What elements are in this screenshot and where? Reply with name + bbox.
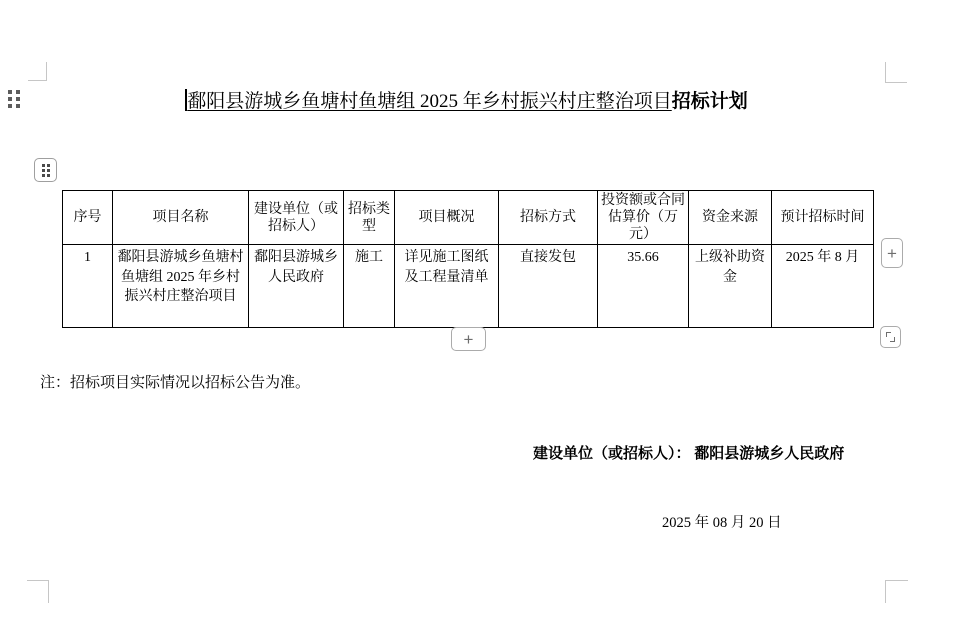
page-margin-corner-bottom-left xyxy=(27,580,49,603)
table-header-row: 序号 项目名称 建设单位（或招标人） 招标类型 项目概况 招标方式 投资额或合同… xyxy=(63,191,874,245)
header-cell-overview[interactable]: 项目概况 xyxy=(395,191,499,245)
cell-bid-time[interactable]: 2025 年 8 月 xyxy=(772,245,874,328)
page-margin-corner-top-left xyxy=(28,62,47,81)
bid-plan-table: 序号 项目名称 建设单位（或招标人） 招标类型 项目概况 招标方式 投资额或合同… xyxy=(62,190,874,328)
table-move-handle[interactable] xyxy=(34,158,57,182)
date-line[interactable]: 2025 年 08 月 20 日 xyxy=(662,511,782,532)
page-margin-corner-bottom-right xyxy=(885,580,908,603)
title-bold-text: 招标计划 xyxy=(672,91,748,112)
header-cell-bid-method[interactable]: 招标方式 xyxy=(499,191,598,245)
cell-bid-method[interactable]: 直接发包 xyxy=(499,245,598,328)
cell-builder[interactable]: 鄱阳县游城乡人民政府 xyxy=(249,245,344,328)
add-row-button[interactable]: + xyxy=(451,327,486,351)
cell-overview[interactable]: 详见施工图纸及工程量清单 xyxy=(395,245,499,328)
cell-investment[interactable]: 35.66 xyxy=(598,245,689,328)
builder-signature-line[interactable]: 建设单位（或招标人）： 鄱阳县游城乡人民政府 xyxy=(533,442,844,463)
header-cell-builder[interactable]: 建设单位（或招标人） xyxy=(249,191,344,245)
cell-project-name[interactable]: 鄱阳县游城乡鱼塘村鱼塘组 2025 年乡村振兴村庄整治项目 xyxy=(113,245,249,328)
header-cell-project-name[interactable]: 项目名称 xyxy=(113,191,249,245)
table-resize-handle[interactable] xyxy=(880,326,901,348)
cell-seq[interactable]: 1 xyxy=(63,245,113,328)
header-cell-bid-type[interactable]: 招标类型 xyxy=(344,191,395,245)
header-cell-bid-time[interactable]: 预计招标时间 xyxy=(772,191,874,245)
cell-bid-type[interactable]: 施工 xyxy=(344,245,395,328)
document-title[interactable]: 鄱阳县游城乡鱼塘村鱼塘组 2025 年乡村振兴村庄整治项目招标计划 xyxy=(0,89,955,114)
add-column-button[interactable]: + xyxy=(881,238,903,268)
header-cell-fund-source[interactable]: 资金来源 xyxy=(689,191,772,245)
header-cell-investment[interactable]: 投资额或合同估算价（万元） xyxy=(598,191,689,245)
note-paragraph[interactable]: 注：招标项目实际情况以招标公告为准。 xyxy=(40,371,310,392)
table-data-row: 1 鄱阳县游城乡鱼塘村鱼塘组 2025 年乡村振兴村庄整治项目 鄱阳县游城乡人民… xyxy=(63,245,874,328)
header-cell-seq[interactable]: 序号 xyxy=(63,191,113,245)
grid-dots-icon xyxy=(42,164,50,177)
page-margin-corner-top-right xyxy=(885,62,907,83)
title-underlined-text: 鄱阳县游城乡鱼塘村鱼塘组 2025 年乡村振兴村庄整治项目 xyxy=(187,91,672,112)
cell-fund-source[interactable]: 上级补助资金 xyxy=(689,245,772,328)
